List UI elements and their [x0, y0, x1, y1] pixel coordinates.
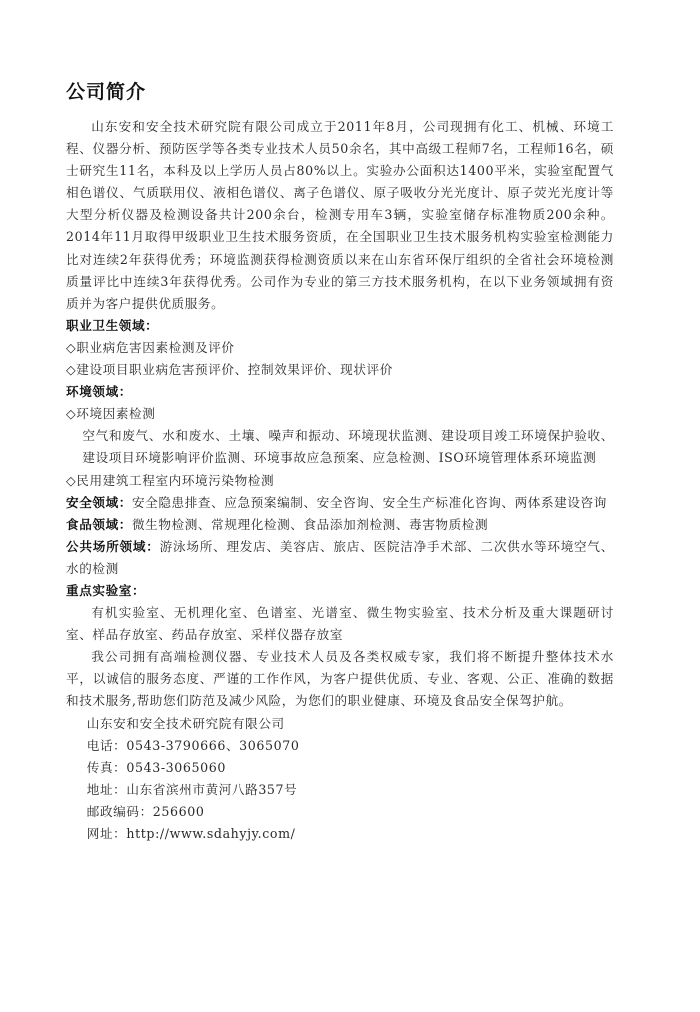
- section-heading-occupational: 职业卫生领域：: [66, 315, 614, 337]
- section-occupational: 职业卫生领域： ◇职业病危害因素检测及评价 ◇建设项目职业病危害预评价、控制效果…: [66, 315, 614, 381]
- list-item-detail: 空气和废气、水和废水、土壤、噪声和振动、环境现状监测、建设项目竣工环境保护验收、…: [66, 425, 614, 469]
- contact-postcode: 邮政编码：256600: [87, 801, 614, 823]
- contact-block: 山东安和安全技术研究院有限公司 电话：0543-3790666、3065070 …: [66, 713, 614, 846]
- section-safety: 安全领域：安全隐患排查、应急预案编制、安全咨询、安全生产标准化咨询、两体系建设咨…: [66, 492, 614, 514]
- contact-fax: 传真：0543-3065060: [87, 757, 614, 779]
- section-heading-safety: 安全领域：: [66, 495, 132, 510]
- section-heading-labs: 重点实验室：: [66, 580, 614, 602]
- document-page: 公司简介 山东安和安全技术研究院有限公司成立于2011年8月，公司现拥有化工、机…: [66, 78, 614, 845]
- contact-website: 网址：http://www.sdahyjy.com/: [87, 823, 614, 845]
- section-labs: 重点实验室： 有机实验室、无机理化室、色谱室、光谱室、微生物实验室、技术分析及重…: [66, 580, 614, 646]
- list-item: ◇民用建筑工程室内环境污染物检测: [66, 470, 614, 492]
- section-text-labs: 有机实验室、无机理化室、色谱室、光谱室、微生物实验室、技术分析及重大课题研讨室、…: [66, 602, 614, 646]
- contact-address: 地址：山东省滨州市黄河八路357号: [87, 779, 614, 801]
- list-item: ◇建设项目职业病危害预评价、控制效果评价、现状评价: [66, 359, 614, 381]
- list-item: ◇环境因素检测: [66, 403, 614, 425]
- page-title: 公司简介: [66, 78, 614, 106]
- section-heading-environment: 环境领域：: [66, 381, 614, 403]
- section-text-food: 微生物检测、常规理化检测、食品添加剂检测、毒害物质检测: [132, 517, 488, 532]
- closing-paragraph: 我公司拥有高端检测仪器、专业技术人员及各类权威专家，我们将不断提升整体技术水平，…: [66, 646, 614, 712]
- contact-phone: 电话：0543-3790666、3065070: [87, 735, 614, 757]
- section-text-safety: 安全隐患排查、应急预案编制、安全咨询、安全生产标准化咨询、两体系建设咨询: [132, 495, 607, 510]
- contact-company: 山东安和安全技术研究院有限公司: [87, 713, 614, 735]
- section-environment: 环境领域： ◇环境因素检测 空气和废气、水和废水、土壤、噪声和振动、环境现状监测…: [66, 381, 614, 491]
- section-food: 食品领域：微生物检测、常规理化检测、食品添加剂检测、毒害物质检测: [66, 514, 614, 536]
- intro-paragraph: 山东安和安全技术研究院有限公司成立于2011年8月，公司现拥有化工、机械、环境工…: [66, 116, 614, 315]
- list-item: ◇职业病危害因素检测及评价: [66, 337, 614, 359]
- section-public: 公共场所领域：游泳场所、理发店、美容店、旅店、医院洁净手术部、二次供水等环境空气…: [66, 536, 614, 580]
- section-heading-food: 食品领域：: [66, 517, 132, 532]
- section-heading-public: 公共场所领域：: [66, 539, 160, 554]
